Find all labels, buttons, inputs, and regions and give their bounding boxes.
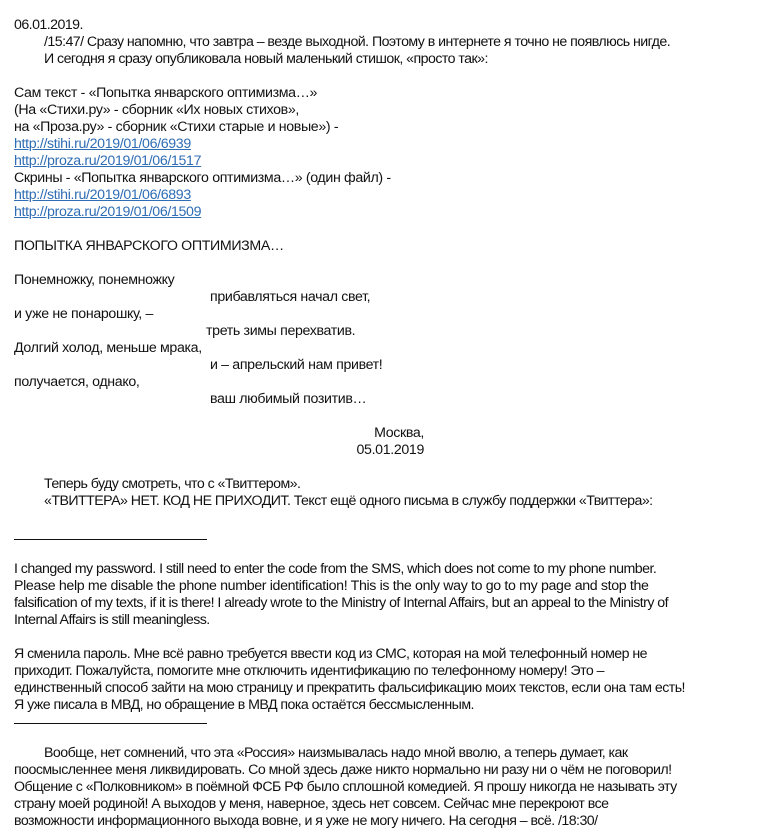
stihi-screens-link[interactable]: http://stihi.ru/2019/01/06/6893 — [14, 187, 191, 204]
date-header: 06.01.2019. — [14, 17, 83, 34]
twitter-line: Теперь буду смотреть, что с «Твиттером». — [44, 476, 300, 493]
letter-en-line: Internal Affairs is still meaningless. — [14, 612, 210, 629]
closing-line: Вообще, нет сомнений, что эта «Россия» н… — [44, 745, 628, 762]
intro-line: /15:47/ Сразу напомню, что завтра – везд… — [44, 34, 670, 51]
letter-ru-line: Я сменила пароль. Мне всё равно требуетс… — [14, 646, 647, 663]
poem-line: прибавляться начал свет, — [210, 289, 370, 306]
letter-ru-line: Я уже писала в МВД, но обращение в МВД п… — [14, 697, 474, 714]
poem-line: Долгий холод, меньше мрака, — [14, 340, 202, 357]
closing-line: поосмысленнее меня ликвидировать. Со мно… — [14, 762, 672, 779]
twitter-line: «ТВИТТЕРА» НЕТ. КОД НЕ ПРИХОДИТ. Текст е… — [44, 493, 653, 510]
proza-text-link[interactable]: http://proza.ru/2019/01/06/1517 — [14, 153, 201, 170]
stihi-text-link[interactable]: http://stihi.ru/2019/01/06/6939 — [14, 136, 191, 153]
poem-date: 05.01.2019 — [300, 442, 424, 459]
publication-screens-line: Скрины - «Попытка январского оптимизма…»… — [14, 170, 391, 187]
separator-line — [14, 723, 207, 724]
letter-en-line: I changed my password. I still need to e… — [14, 561, 656, 578]
publication-text-line: Сам текст - «Попытка январского оптимизм… — [14, 85, 317, 102]
letter-en-line: falsification of my texts, if it is ther… — [14, 595, 668, 612]
closing-line: страну моей родиной! А выходов у меня, н… — [14, 796, 608, 813]
poem-place: Москва, — [300, 425, 424, 442]
poem-line: ваш любимый позитив… — [210, 391, 366, 408]
poem-line: треть зимы перехватив. — [206, 323, 355, 340]
publication-sites-line: на «Проза.ру» - сборник «Стихи старые и … — [14, 119, 338, 136]
poem-line: и уже не понарошку, – — [14, 306, 153, 323]
poem-line: получается, однако, — [14, 374, 139, 391]
letter-ru-line: единственный способ зайти на мою страниц… — [14, 680, 685, 697]
separator-line — [14, 539, 207, 540]
poem-line: Понемножку, понемножку — [14, 272, 174, 289]
closing-line: возможности информационного выхода вовне… — [14, 813, 598, 830]
closing-line: Общение с «Полковником» в поёмной ФСБ РФ… — [14, 779, 677, 796]
letter-ru-line: приходит. Пожалуйста, помогите мне отклю… — [14, 663, 604, 680]
poem-line: и – апрельский нам привет! — [210, 357, 382, 374]
letter-en-line: Please help me disable the phone number … — [14, 578, 649, 595]
poem-title: ПОПЫТКА ЯНВАРСКОГО ОПТИМИЗМА… — [14, 238, 284, 255]
proza-screens-link[interactable]: http://proza.ru/2019/01/06/1509 — [14, 204, 201, 221]
intro-line: И сегодня я сразу опубликовала новый мал… — [44, 51, 488, 68]
publication-sites-line: (На «Стихи.ру» - сборник «Их новых стихо… — [14, 102, 299, 119]
